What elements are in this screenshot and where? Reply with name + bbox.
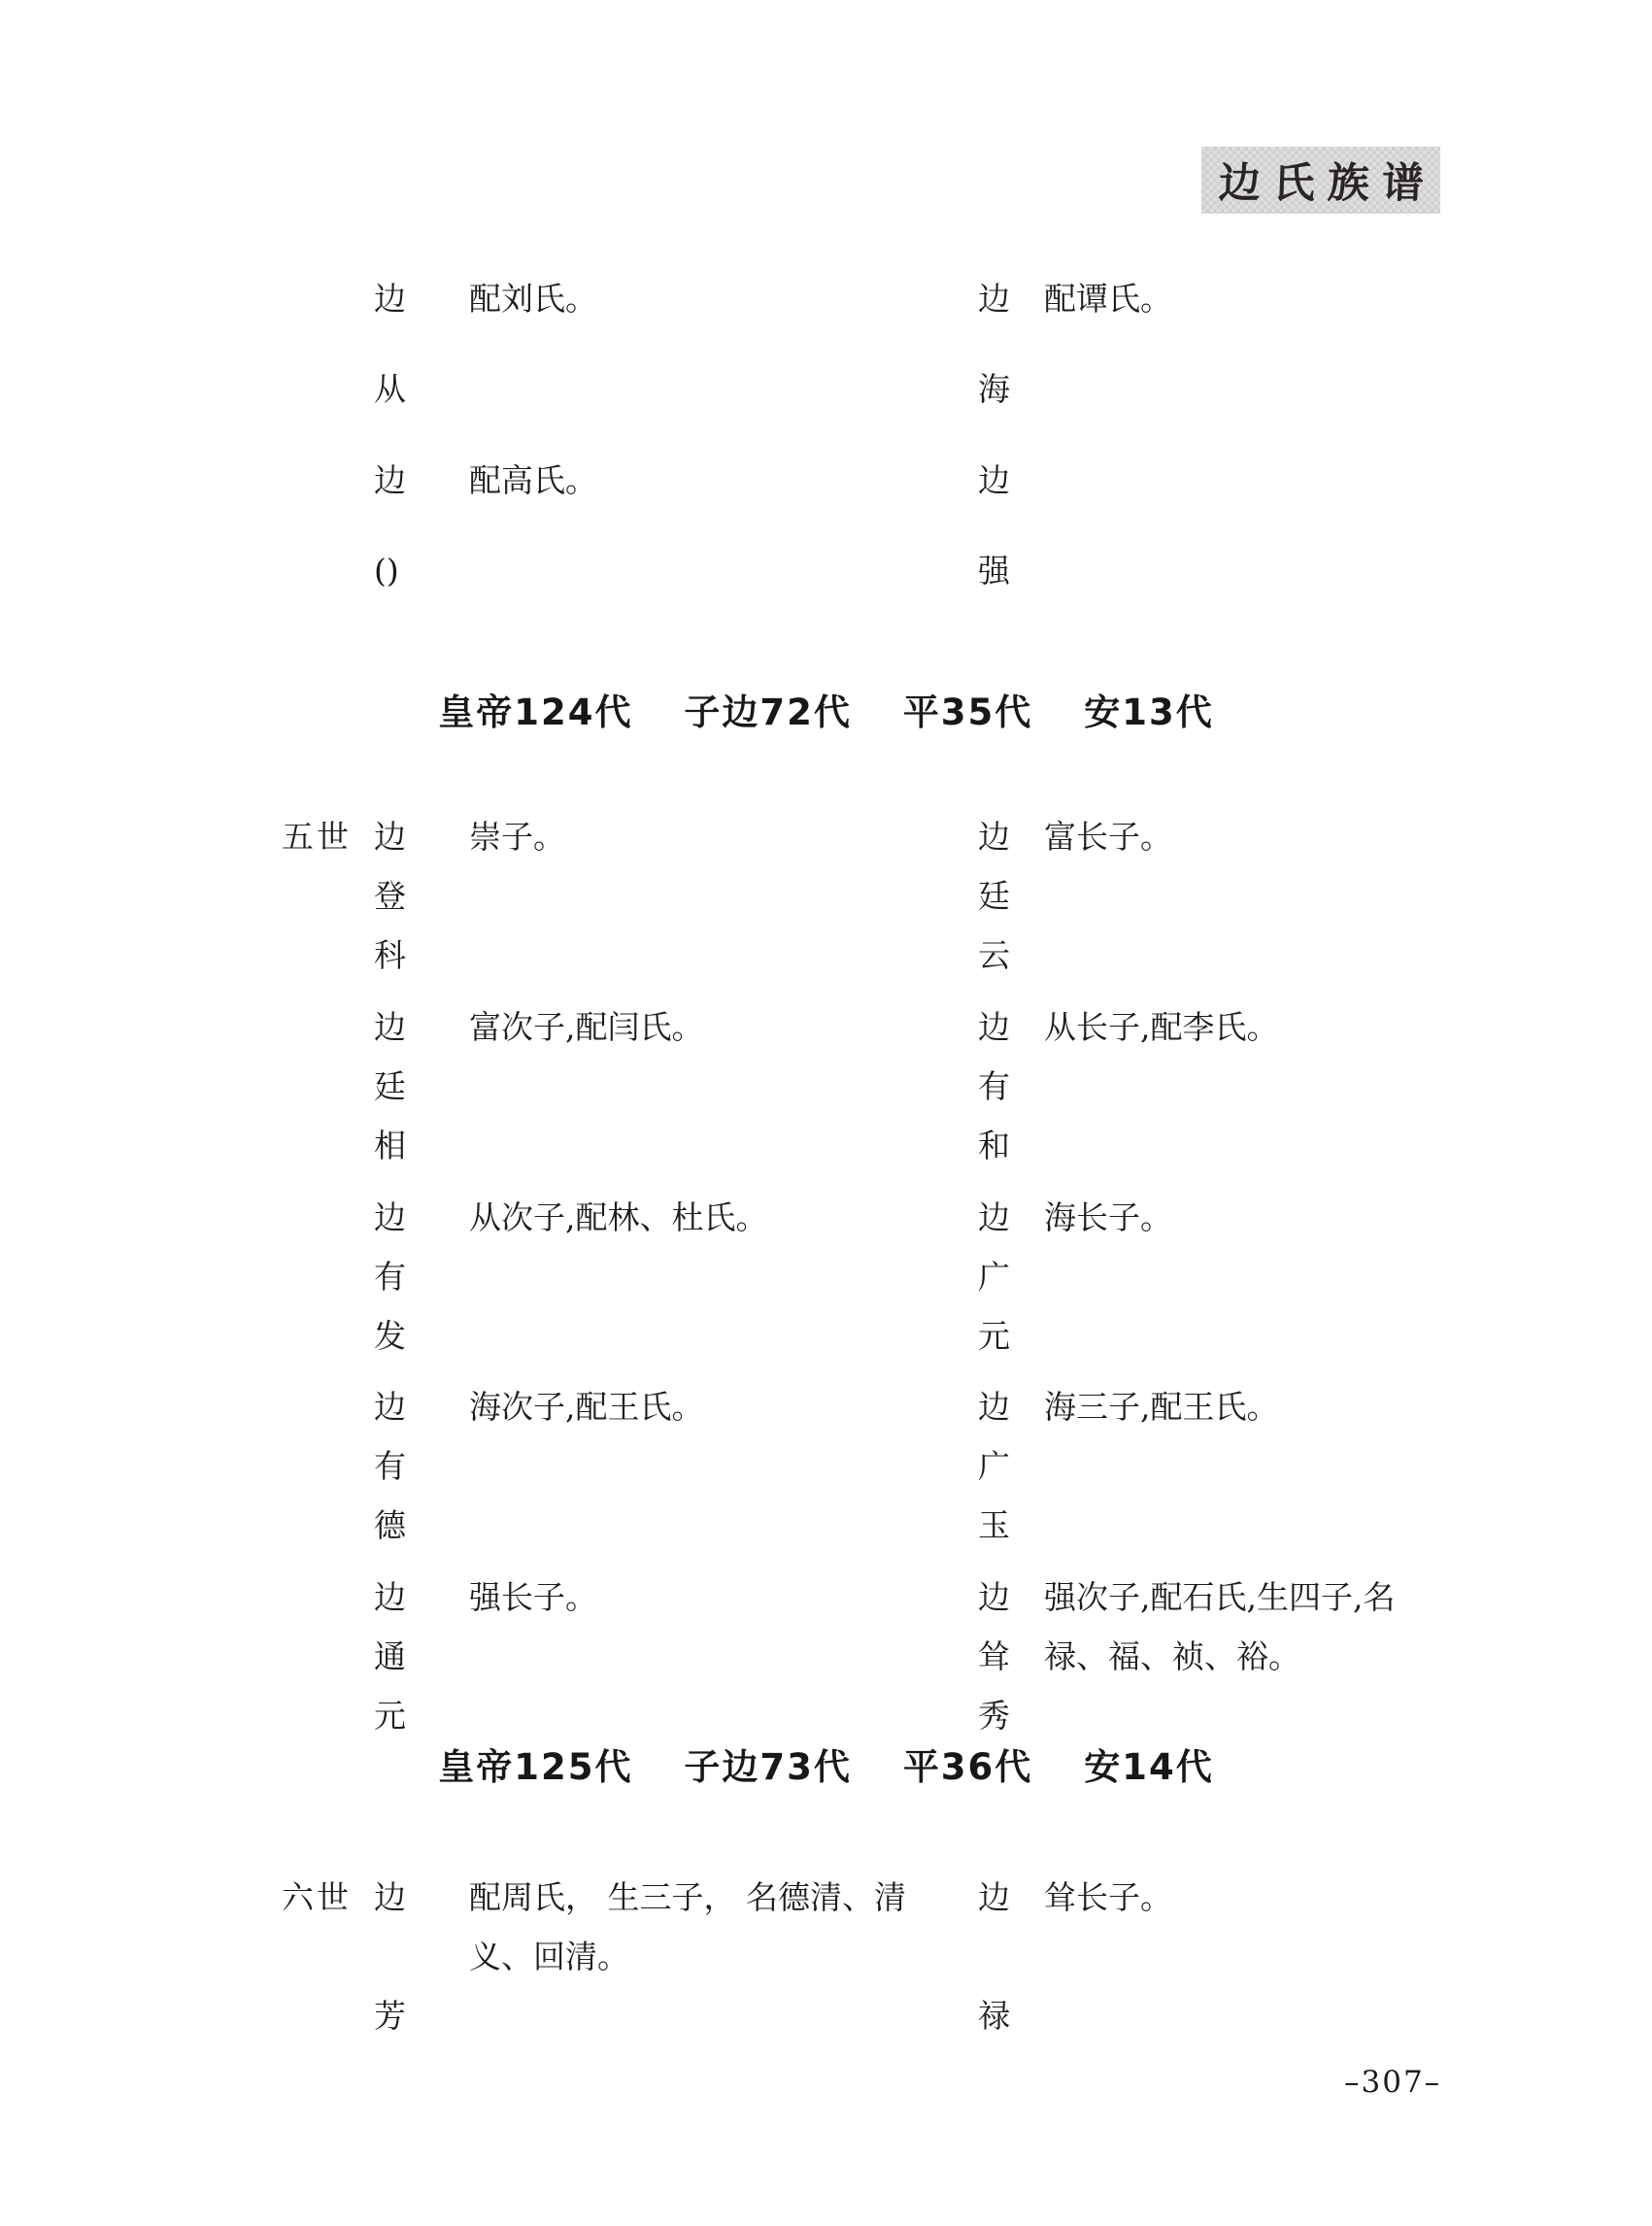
person-note: 富次子,配闫氏。 — [469, 997, 704, 1057]
person-entry: 边 有 和 从长子,配李氏。 — [978, 1011, 1010, 1162]
name-char: 廷 — [374, 1070, 406, 1102]
genealogy-page: 边氏族谱 边 从 配刘氏。 边 () 配高氏。 边 海 配谭氏。 边 强 — [0, 0, 1652, 2226]
header-segment: 子边72代 — [684, 691, 852, 733]
person-note: 从次子,配林、杜氏。 — [469, 1188, 768, 1247]
header-segment: 皇帝124代 — [438, 691, 632, 733]
book-title-stamp: 边氏族谱 — [1201, 147, 1440, 214]
name-char: 边 — [374, 1881, 406, 1913]
name-char: 边 — [374, 1201, 406, 1233]
name-char: 登 — [374, 880, 406, 912]
person-note: 强次子,配石氏,生四子,名 禄、福、祯、裕。 — [1044, 1568, 1395, 1686]
note-line: 配高氏。 — [469, 451, 597, 510]
person-entry: 边 禄 耸长子。 — [978, 1881, 1010, 2032]
name-char: 玉 — [978, 1509, 1010, 1541]
name-char: 边 — [374, 1391, 406, 1423]
name-char: 有 — [978, 1070, 1010, 1102]
person-entry: 边 有 发 从次子,配林、杜氏。 — [374, 1201, 406, 1352]
person-name: 边 () — [374, 464, 406, 587]
person-name: 边 广 玉 — [978, 1391, 1010, 1541]
name-char: 有 — [374, 1450, 406, 1482]
person-name: 边 海 — [978, 283, 1010, 405]
person-name: 边 芳 — [374, 1881, 406, 2032]
note-line: 义、回清。 — [469, 1927, 906, 1986]
person-name: 边 有 德 — [374, 1391, 406, 1541]
name-char: 边 — [374, 821, 406, 853]
name-char: 科 — [374, 939, 406, 971]
header-segment: 平36代 — [903, 1746, 1033, 1788]
name-char: 边 — [978, 1391, 1010, 1423]
note-line: 崇子。 — [469, 807, 565, 866]
person-note: 崇子。 — [469, 807, 565, 866]
name-char: 边 — [374, 283, 406, 315]
name-char: 德 — [374, 1509, 406, 1541]
person-note: 海长子。 — [1044, 1188, 1172, 1247]
note-line: 从次子,配林、杜氏。 — [469, 1188, 768, 1247]
person-entry: 边 海 配谭氏。 — [978, 283, 1010, 405]
name-char: 边 — [374, 1011, 406, 1043]
person-note: 配高氏。 — [469, 451, 597, 510]
person-name: 边 通 元 — [374, 1581, 406, 1732]
note-line: 海次子,配王氏。 — [469, 1377, 704, 1436]
name-char: 元 — [374, 1700, 406, 1732]
name-char: 从 — [374, 373, 406, 405]
header-segment: 安14代 — [1084, 1746, 1214, 1788]
name-char: 芳 — [374, 2000, 406, 2032]
name-char: 边 — [374, 1581, 406, 1613]
note-line: 海长子。 — [1044, 1188, 1172, 1247]
header-segment: 平35代 — [903, 691, 1033, 733]
person-name: 边 强 — [978, 464, 1010, 587]
generation-label-gen6: 六世 — [282, 1881, 352, 1913]
section-header-gen6: 皇帝125代 子边73代 平36代 安14代 — [0, 1746, 1652, 1789]
person-note: 配周氏， 生三子， 名德清、清 义、回清。 — [469, 1868, 906, 1986]
note-line: 富次子,配闫氏。 — [469, 997, 704, 1057]
person-entry: 边 通 元 强长子。 — [374, 1581, 406, 1732]
name-char: 秀 — [978, 1700, 1010, 1732]
name-char: 边 — [978, 1011, 1010, 1043]
name-char: 和 — [978, 1130, 1010, 1162]
person-name: 边 耸 秀 — [978, 1581, 1010, 1732]
note-line: 配刘氏。 — [469, 269, 597, 328]
name-char: 云 — [978, 939, 1010, 971]
note-line: 富长子。 — [1044, 807, 1172, 866]
person-entry: 边 有 德 海次子,配王氏。 — [374, 1391, 406, 1541]
person-note: 强长子。 — [469, 1568, 597, 1627]
person-entry: 边 芳 配周氏， 生三子， 名德清、清 义、回清。 — [374, 1881, 406, 2032]
person-entry: 边 强 — [978, 464, 1010, 587]
person-name: 边 禄 — [978, 1881, 1010, 2032]
note-line: 强长子。 — [469, 1568, 597, 1627]
name-char: 廷 — [978, 880, 1010, 912]
header-segment: 皇帝125代 — [438, 1746, 632, 1788]
name-char: 禄 — [978, 2000, 1010, 2032]
book-title: 边氏族谱 — [1204, 151, 1436, 210]
name-char: 边 — [978, 1581, 1010, 1613]
person-entry: 边 广 元 海长子。 — [978, 1201, 1010, 1352]
note-line: 配周氏， 生三子， 名德清、清 — [469, 1868, 906, 1927]
name-char: 海 — [978, 373, 1010, 405]
person-name: 边 从 — [374, 283, 406, 405]
note-line: 禄、福、祯、裕。 — [1044, 1627, 1395, 1686]
person-note: 配刘氏。 — [469, 269, 597, 328]
name-char: 广 — [978, 1261, 1010, 1293]
name-char: 耸 — [978, 1640, 1010, 1672]
header-segment: 子边73代 — [684, 1746, 852, 1788]
name-char: 边 — [978, 1881, 1010, 1913]
person-name: 边 廷 相 — [374, 1011, 406, 1162]
section-header-gen5: 皇帝124代 子边72代 平35代 安13代 — [0, 691, 1652, 734]
person-note: 配谭氏。 — [1044, 269, 1172, 328]
person-entry: 边 廷 相 富次子,配闫氏。 — [374, 1011, 406, 1162]
person-note: 从长子,配李氏。 — [1044, 997, 1279, 1057]
name-char: 通 — [374, 1640, 406, 1672]
person-note: 海次子,配王氏。 — [469, 1377, 704, 1436]
person-entry: 边 从 配刘氏。 — [374, 283, 406, 405]
name-char: () — [374, 555, 406, 587]
name-char: 边 — [978, 283, 1010, 315]
person-entry: 边 () 配高氏。 — [374, 464, 406, 587]
name-char: 有 — [374, 1261, 406, 1293]
note-line: 从长子,配李氏。 — [1044, 997, 1279, 1057]
name-char: 广 — [978, 1450, 1010, 1482]
name-char: 相 — [374, 1130, 406, 1162]
person-note: 富长子。 — [1044, 807, 1172, 866]
person-name: 边 登 科 — [374, 821, 406, 971]
name-char: 边 — [978, 1201, 1010, 1233]
person-name: 边 有 发 — [374, 1201, 406, 1352]
person-name: 边 有 和 — [978, 1011, 1010, 1162]
person-entry: 边 耸 秀 强次子,配石氏,生四子,名 禄、福、祯、裕。 — [978, 1581, 1010, 1732]
page-number: –307– — [1344, 2065, 1441, 2100]
person-name: 边 廷 云 — [978, 821, 1010, 971]
note-line: 强次子,配石氏,生四子,名 — [1044, 1568, 1395, 1627]
person-name: 边 广 元 — [978, 1201, 1010, 1352]
name-char: 强 — [978, 555, 1010, 587]
person-note: 海三子,配王氏。 — [1044, 1377, 1279, 1436]
note-line: 配谭氏。 — [1044, 269, 1172, 328]
name-char: 元 — [978, 1320, 1010, 1352]
note-line: 海三子,配王氏。 — [1044, 1377, 1279, 1436]
person-note: 耸长子。 — [1044, 1868, 1172, 1927]
generation-label-gen5: 五世 — [282, 821, 352, 853]
note-line: 耸长子。 — [1044, 1868, 1172, 1927]
person-entry: 边 广 玉 海三子,配王氏。 — [978, 1391, 1010, 1541]
name-char: 发 — [374, 1320, 406, 1352]
name-char: 边 — [978, 821, 1010, 853]
person-entry: 边 廷 云 富长子。 — [978, 821, 1010, 971]
person-entry: 边 登 科 崇子。 — [374, 821, 406, 971]
header-segment: 安13代 — [1084, 691, 1214, 733]
name-char: 边 — [374, 464, 406, 496]
name-char: 边 — [978, 464, 1010, 496]
